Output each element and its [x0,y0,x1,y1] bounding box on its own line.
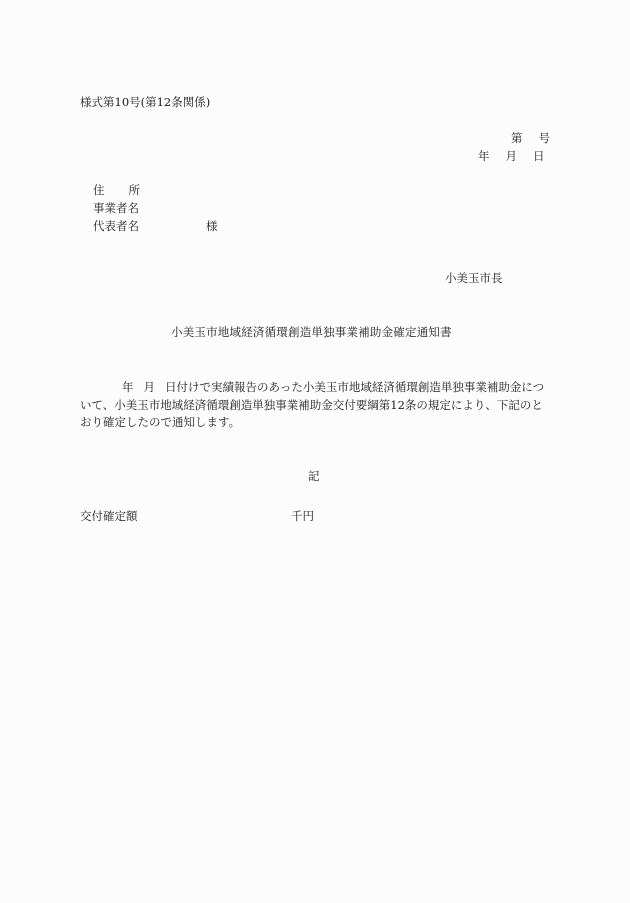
business-name-label: 事業者名 [93,203,139,215]
body-year: 年 [122,380,134,394]
address-label: 住所 [93,185,140,197]
amount-unit: 千円 [291,511,314,523]
ki-heading: 記 [308,471,320,483]
sender: 小美玉市長 [445,273,503,285]
date-month: 月 [506,151,518,163]
honorific: 様 [206,221,218,233]
date-day: 日 [533,151,545,163]
date-year: 年 [478,151,490,163]
document-date: 年月日 [478,151,545,163]
document-number-prefix: 第 [511,133,523,145]
amount-label: 交付確定額 [80,511,138,523]
body-paragraph: 年月日付けで実績報告のあった小美玉市地域経済循環創造単独事業補助金について、小美… [80,379,552,432]
representative-label: 代表者名 [93,221,139,233]
body-month: 月 [144,380,156,394]
form-number: 様式第10号(第12条関係) [80,97,210,109]
document-number-suffix: 号 [539,133,551,145]
body-day: 日 [165,380,177,394]
document-number: 第号 [511,133,550,145]
document-title: 小美玉市地域経済循環創造単独事業補助金確定通知書 [171,327,452,339]
